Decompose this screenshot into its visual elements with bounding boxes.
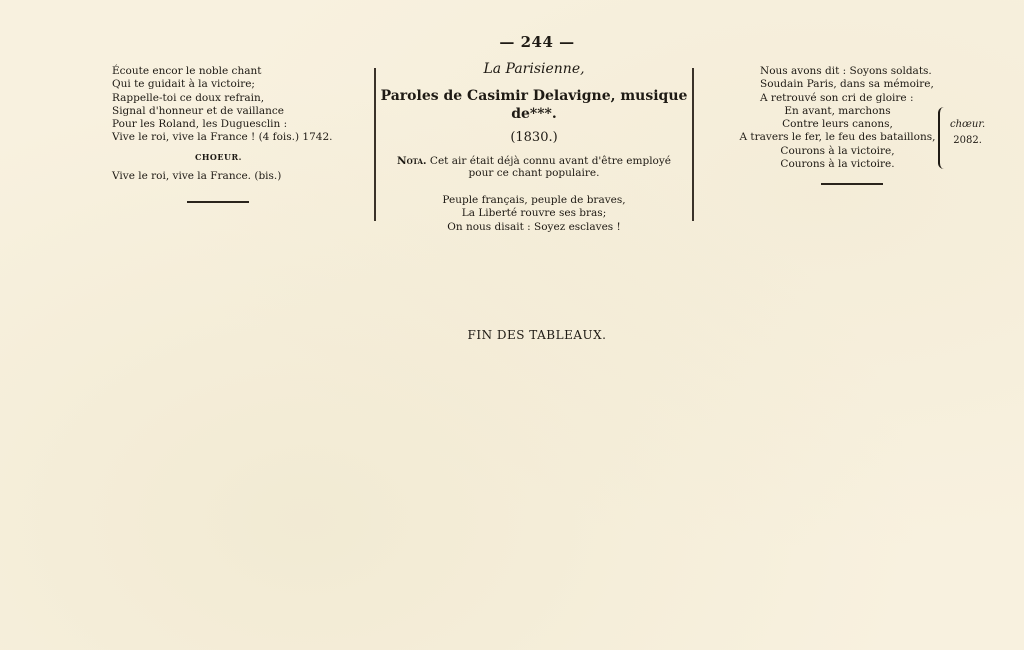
chorus-line: A travers le fer, le feu des bataillons, [735, 131, 940, 144]
chorus-line: Courons à la victoire, [735, 145, 940, 158]
section-rule [187, 201, 249, 203]
verse-line: On nous disait : Soyez esclaves ! [380, 221, 688, 234]
end-text: FIN DES TABLEAUX. [462, 328, 612, 342]
note-text: pour ce chant populaire. [380, 167, 688, 179]
brace-icon [938, 107, 950, 169]
verse-line: Écoute encor le noble chant [112, 65, 362, 78]
verse: Peuple français, peuple de braves, La Li… [380, 194, 688, 234]
verse-line: Soudain Paris, dans sa mémoire, [760, 78, 995, 91]
section-rule [821, 183, 883, 185]
column-divider [692, 68, 694, 221]
note-label: Nota. [397, 155, 427, 167]
verse-line: Nous avons dit : Soyons soldats. [760, 65, 995, 78]
song-credits: Paroles de Casimir Delavigne, musique de… [380, 87, 688, 123]
verse-line: Rappelle-toi ce doux refrain, [112, 92, 362, 105]
middle-column: La Parisienne, Paroles de Casimir Delavi… [380, 60, 688, 234]
verse-line: La Liberté rouvre ses bras; [380, 207, 688, 220]
left-column: Écoute encor le noble chant Qui te guida… [112, 65, 362, 203]
chorus-line: Vive le roi, vive la France. (bis.) [112, 170, 362, 183]
brace-note: chœur. 2082. [950, 117, 985, 149]
chorus-line: Contre leurs canons, [735, 118, 940, 131]
chorus-block: En avant, marchons Contre leurs canons, … [735, 105, 995, 171]
song-title: La Parisienne, [380, 60, 688, 78]
verse-line: Peuple français, peuple de braves, [380, 194, 688, 207]
note: Nota. Cet air était déjà connu avant d'ê… [380, 155, 688, 179]
chorus-line: En avant, marchons [735, 105, 940, 118]
verse-line: Pour les Roland, les Duguesclin : [112, 118, 362, 131]
song-year: (1830.) [380, 129, 688, 147]
chorus-label: CHOEUR. [195, 151, 362, 164]
page-number: — 244 — [492, 33, 582, 51]
right-column: Nous avons dit : Soyons soldats. Soudain… [735, 65, 995, 185]
verse-line: Signal d'honneur et de vaillance [112, 105, 362, 118]
column-divider [374, 68, 376, 221]
brace-note-number: 2082. [950, 133, 985, 149]
verse-line: Vive le roi, vive la France ! (4 fois.) … [112, 131, 362, 144]
brace-note-label: chœur. [950, 117, 985, 133]
chorus-line: Courons à la victoire. [735, 158, 940, 171]
verse-line: A retrouvé son cri de gloire : [760, 92, 995, 105]
note-text: Cet air était déjà connu avant d'être em… [427, 155, 671, 167]
verse-line: Qui te guidait à la victoire; [112, 78, 362, 91]
